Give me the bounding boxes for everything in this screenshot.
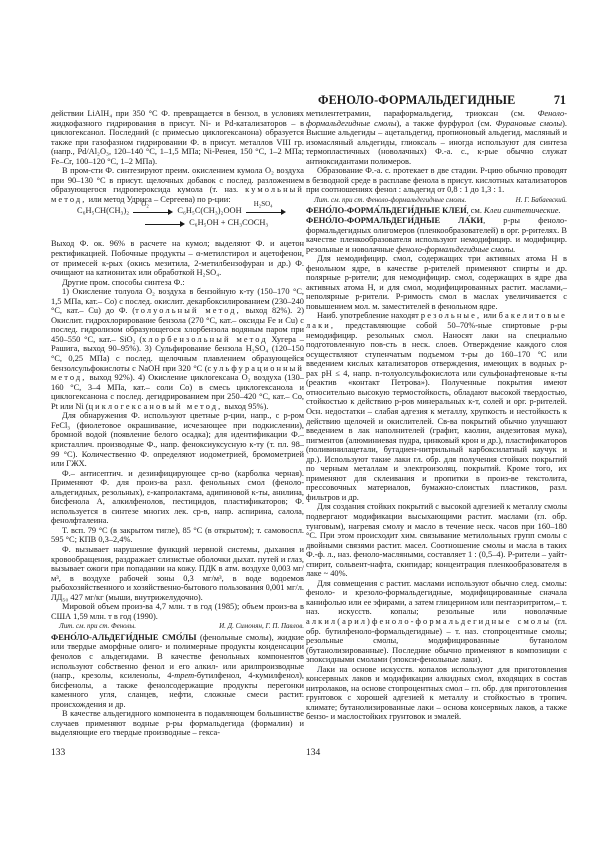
- paragraph: В качестве альдегидного компонента в под…: [51, 709, 304, 738]
- equation-reactant: C₆H₅CH(CH₃)₂: [77, 206, 129, 215]
- reaction-arrow-icon: [145, 220, 185, 228]
- paragraph: Выход Ф. ок. 96% в расчете на кумол; выд…: [51, 239, 304, 277]
- authors: Н. Г. Бабаевский.: [516, 196, 567, 206]
- entry: ФЕНО́ЛО-АЛЬДЕГИ́ДНЫЕ СМО́ЛЫ (фенольные с…: [51, 633, 304, 709]
- source-attribution: Лит. см. при ст. Феноло-формальдегидные …: [314, 196, 567, 206]
- left-column: действии LiAlH₄ при 350 °С Ф. превращает…: [51, 109, 304, 738]
- paragraph: Ф.– антисептич. и дезинфицирующее ср-во …: [51, 469, 304, 526]
- reaction-arrow-icon: O₂: [133, 208, 173, 216]
- paragraph: Т. всп. 79 °С (в закрытом тигле), 85 °С …: [51, 526, 304, 545]
- cross-reference-link[interactable]: феноло-формальдегидные смолы.: [396, 245, 515, 254]
- paragraph: метилентетрамин, параформальдегид, триок…: [306, 109, 567, 166]
- paragraph: Ф. вызывает нарушение функций нервной си…: [51, 545, 304, 602]
- paragraph: Для совмещения с растит. маслами использ…: [306, 579, 567, 665]
- literature-reference: Лит. см. при ст. Фенолы.: [59, 622, 136, 632]
- paragraph: Для создания стойких покрытий с высокой …: [306, 502, 567, 578]
- entry-title: ФЕНО́ЛО-АЛЬДЕГИ́ДНЫЕ СМО́ЛЫ: [51, 633, 196, 642]
- paragraph: Другие пром. способы синтеза Ф.:: [51, 278, 304, 288]
- paragraph: Мировой объем произ-ва 4,7 млн. т в год …: [51, 602, 304, 621]
- paragraph: Для обнаружения Ф. используют цветные р-…: [51, 411, 304, 468]
- running-head-page-number: 71: [554, 93, 566, 108]
- paragraph: действии LiAlH₄ при 350 °С Ф. превращает…: [51, 109, 304, 166]
- authors: И. Д. Симонян, Г. П. Павлов.: [219, 622, 304, 632]
- running-head: ФЕНОЛО-ФОРМАЛЬДЕГИДНЫЕ 71: [318, 93, 568, 107]
- source-attribution: Лит. см. при ст. Фенолы. И. Д. Симонян, …: [59, 622, 304, 632]
- page-number-left: 133: [51, 748, 65, 758]
- cross-reference-link[interactable]: Клеи синтетические.: [484, 206, 561, 215]
- paragraph: Образование Ф.-а. с. протекает в две ста…: [306, 166, 567, 195]
- right-column: метилентетрамин, параформальдегид, триок…: [306, 109, 567, 722]
- running-head-title: ФЕНОЛО-ФОРМАЛЬДЕГИДНЫЕ: [318, 93, 515, 108]
- reaction-arrow-icon: H₂SO₄: [246, 208, 286, 216]
- page-number-right: 134: [306, 748, 320, 758]
- equation-intermediate: C₆H₅C(CH₃)₂OOH: [177, 206, 241, 215]
- paragraph: Для немодифицир. смол, содержащих три ак…: [306, 254, 567, 311]
- paragraph: Лаки на основе искусств. копалов использ…: [306, 665, 567, 722]
- chemical-equation: C₆H₅CH(CH₃)₂ O₂ C₆H₅C(CH₃)₂OOH H₂SO₄ C₆H…: [51, 206, 304, 236]
- literature-reference: Лит. см. при ст. Феноло-формальдегидные …: [314, 196, 466, 206]
- entry-title: ФЕНО́ЛО-ФОРМА́ЛЬДЕГИ́ДНЫЕ КЛЕИ́: [306, 206, 467, 215]
- paragraph: 1) Окисление толуола O₂ воздуха в бензой…: [51, 287, 304, 411]
- paragraph: Наиб. употребление находят резольные, ил…: [306, 311, 567, 502]
- entry-title: ФЕНО́ЛО-ФОРМАЛЬДЕГИ́ДНЫЕ ЛА́КИ: [306, 216, 483, 225]
- cross-reference-link[interactable]: Фурановые смолы: [496, 119, 563, 128]
- entry: ФЕНО́ЛО-ФОРМА́ЛЬДЕГИ́ДНЫЕ КЛЕИ́, см. Кле…: [306, 206, 567, 216]
- equation-products: C₆H₅OH + CH₃COCH₃: [189, 218, 268, 227]
- entry: ФЕНО́ЛО-ФОРМАЛЬДЕГИ́ДНЫЕ ЛА́КИ, р-ры фен…: [306, 216, 567, 254]
